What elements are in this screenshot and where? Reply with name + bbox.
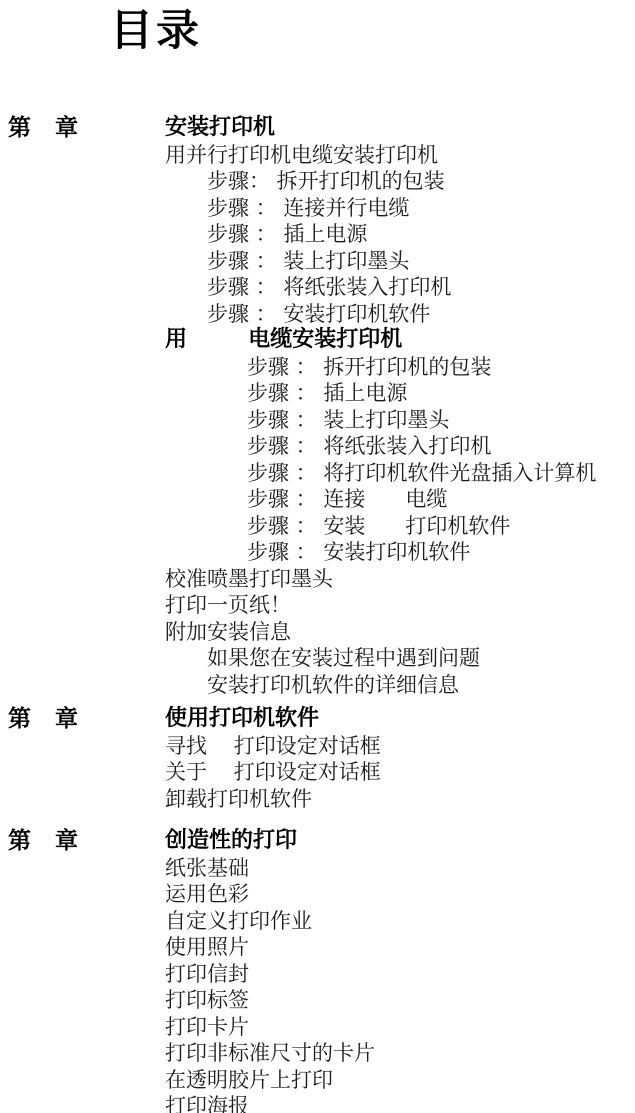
toc-entry[interactable]: 步骤 ： 装上打印墨头 xyxy=(165,248,635,275)
chapter-label: 第 章 xyxy=(0,828,165,855)
toc-entry[interactable]: 在透明胶片上打印 xyxy=(165,1067,635,1094)
toc-entry[interactable]: 步骤 ： 连接 电缆 xyxy=(165,486,635,513)
toc-entry[interactable]: 步骤 ： 将纸张装入打印机 xyxy=(165,433,635,460)
chapter-content: 创造性的打印纸张基础运用色彩自定义打印作业使用照片打印信封打印标签打印卡片打印非… xyxy=(165,828,635,1113)
toc-entry[interactable]: 附加安装信息 xyxy=(165,619,635,646)
toc-entry[interactable]: 步骤 ： 安装 打印机软件 xyxy=(165,513,635,540)
toc-entry[interactable]: 打印非标准尺寸的卡片 xyxy=(165,1040,635,1067)
toc-entry[interactable]: 如果您在安装过程中遇到问题 xyxy=(165,645,635,672)
toc-entry[interactable]: 打印信封 xyxy=(165,961,635,988)
toc-entry[interactable]: 关于 打印设定对话框 xyxy=(165,759,635,786)
toc-entry[interactable]: 步骤 ： 将纸张装入打印机 xyxy=(165,274,635,301)
chapter-content: 安装打印机用并行打印机电缆安装打印机步骤： 拆开打印机的包装步骤 ： 连接并行电… xyxy=(165,115,635,698)
toc-entry[interactable]: 纸张基础 xyxy=(165,855,635,882)
chapter-label: 第 章 xyxy=(0,706,165,733)
toc-entry[interactable]: 用并行打印机电缆安装打印机 xyxy=(165,142,635,169)
toc-entry[interactable]: 打印标签 xyxy=(165,987,635,1014)
chapter-label: 第 章 xyxy=(0,115,165,142)
toc-entry[interactable]: 安装打印机软件的详细信息 xyxy=(165,672,635,699)
chapter-title[interactable]: 使用打印机软件 xyxy=(165,706,635,733)
toc-entry[interactable]: 步骤： 拆开打印机的包装 xyxy=(165,168,635,195)
chapter-title[interactable]: 创造性的打印 xyxy=(165,828,635,855)
toc-entry[interactable]: 步骤 ： 安装打印机软件 xyxy=(165,539,635,566)
toc-entry[interactable]: 打印卡片 xyxy=(165,1014,635,1041)
toc-entry[interactable]: 步骤 ： 拆开打印机的包装 xyxy=(165,354,635,381)
toc-entry[interactable]: 校准喷墨打印墨头 xyxy=(165,566,635,593)
chapter-section: 第 章创造性的打印纸张基础运用色彩自定义打印作业使用照片打印信封打印标签打印卡片… xyxy=(0,828,635,1113)
toc-entry[interactable]: 打印一页纸！ xyxy=(165,592,635,619)
page-title: 目录 xyxy=(110,6,635,56)
toc-entry[interactable]: 步骤 ： 装上打印墨头 xyxy=(165,407,635,434)
chapter-title[interactable]: 安装打印机 xyxy=(165,115,635,142)
chapter-section: 第 章安装打印机用并行打印机电缆安装打印机步骤： 拆开打印机的包装步骤 ： 连接… xyxy=(0,115,635,698)
toc-entry[interactable]: 步骤 ： 安装打印机软件 xyxy=(165,301,635,328)
toc-entry[interactable]: 使用照片 xyxy=(165,934,635,961)
toc-entry[interactable]: 寻找 打印设定对话框 xyxy=(165,733,635,760)
toc-subheading[interactable]: 用 电缆安装打印机 xyxy=(165,327,635,354)
toc-entry[interactable]: 自定义打印作业 xyxy=(165,908,635,935)
toc-entry[interactable]: 步骤 ： 插上电源 xyxy=(165,380,635,407)
toc-entry[interactable]: 步骤 ： 连接并行电缆 xyxy=(165,195,635,222)
toc-entry[interactable]: 卸载打印机软件 xyxy=(165,786,635,813)
chapters-container: 第 章安装打印机用并行打印机电缆安装打印机步骤： 拆开打印机的包装步骤 ： 连接… xyxy=(0,115,635,1113)
toc-entry[interactable]: 打印海报 xyxy=(165,1093,635,1113)
toc-page: 目录 第 章安装打印机用并行打印机电缆安装打印机步骤： 拆开打印机的包装步骤 ：… xyxy=(0,0,635,1113)
chapter-content: 使用打印机软件寻找 打印设定对话框关于 打印设定对话框卸载打印机软件 xyxy=(165,706,635,812)
chapter-section: 第 章使用打印机软件寻找 打印设定对话框关于 打印设定对话框卸载打印机软件 xyxy=(0,706,635,812)
toc-entry[interactable]: 运用色彩 xyxy=(165,881,635,908)
toc-entry[interactable]: 步骤 ： 插上电源 xyxy=(165,221,635,248)
toc-entry[interactable]: 步骤 ： 将打印机软件光盘插入计算机 xyxy=(165,460,635,487)
